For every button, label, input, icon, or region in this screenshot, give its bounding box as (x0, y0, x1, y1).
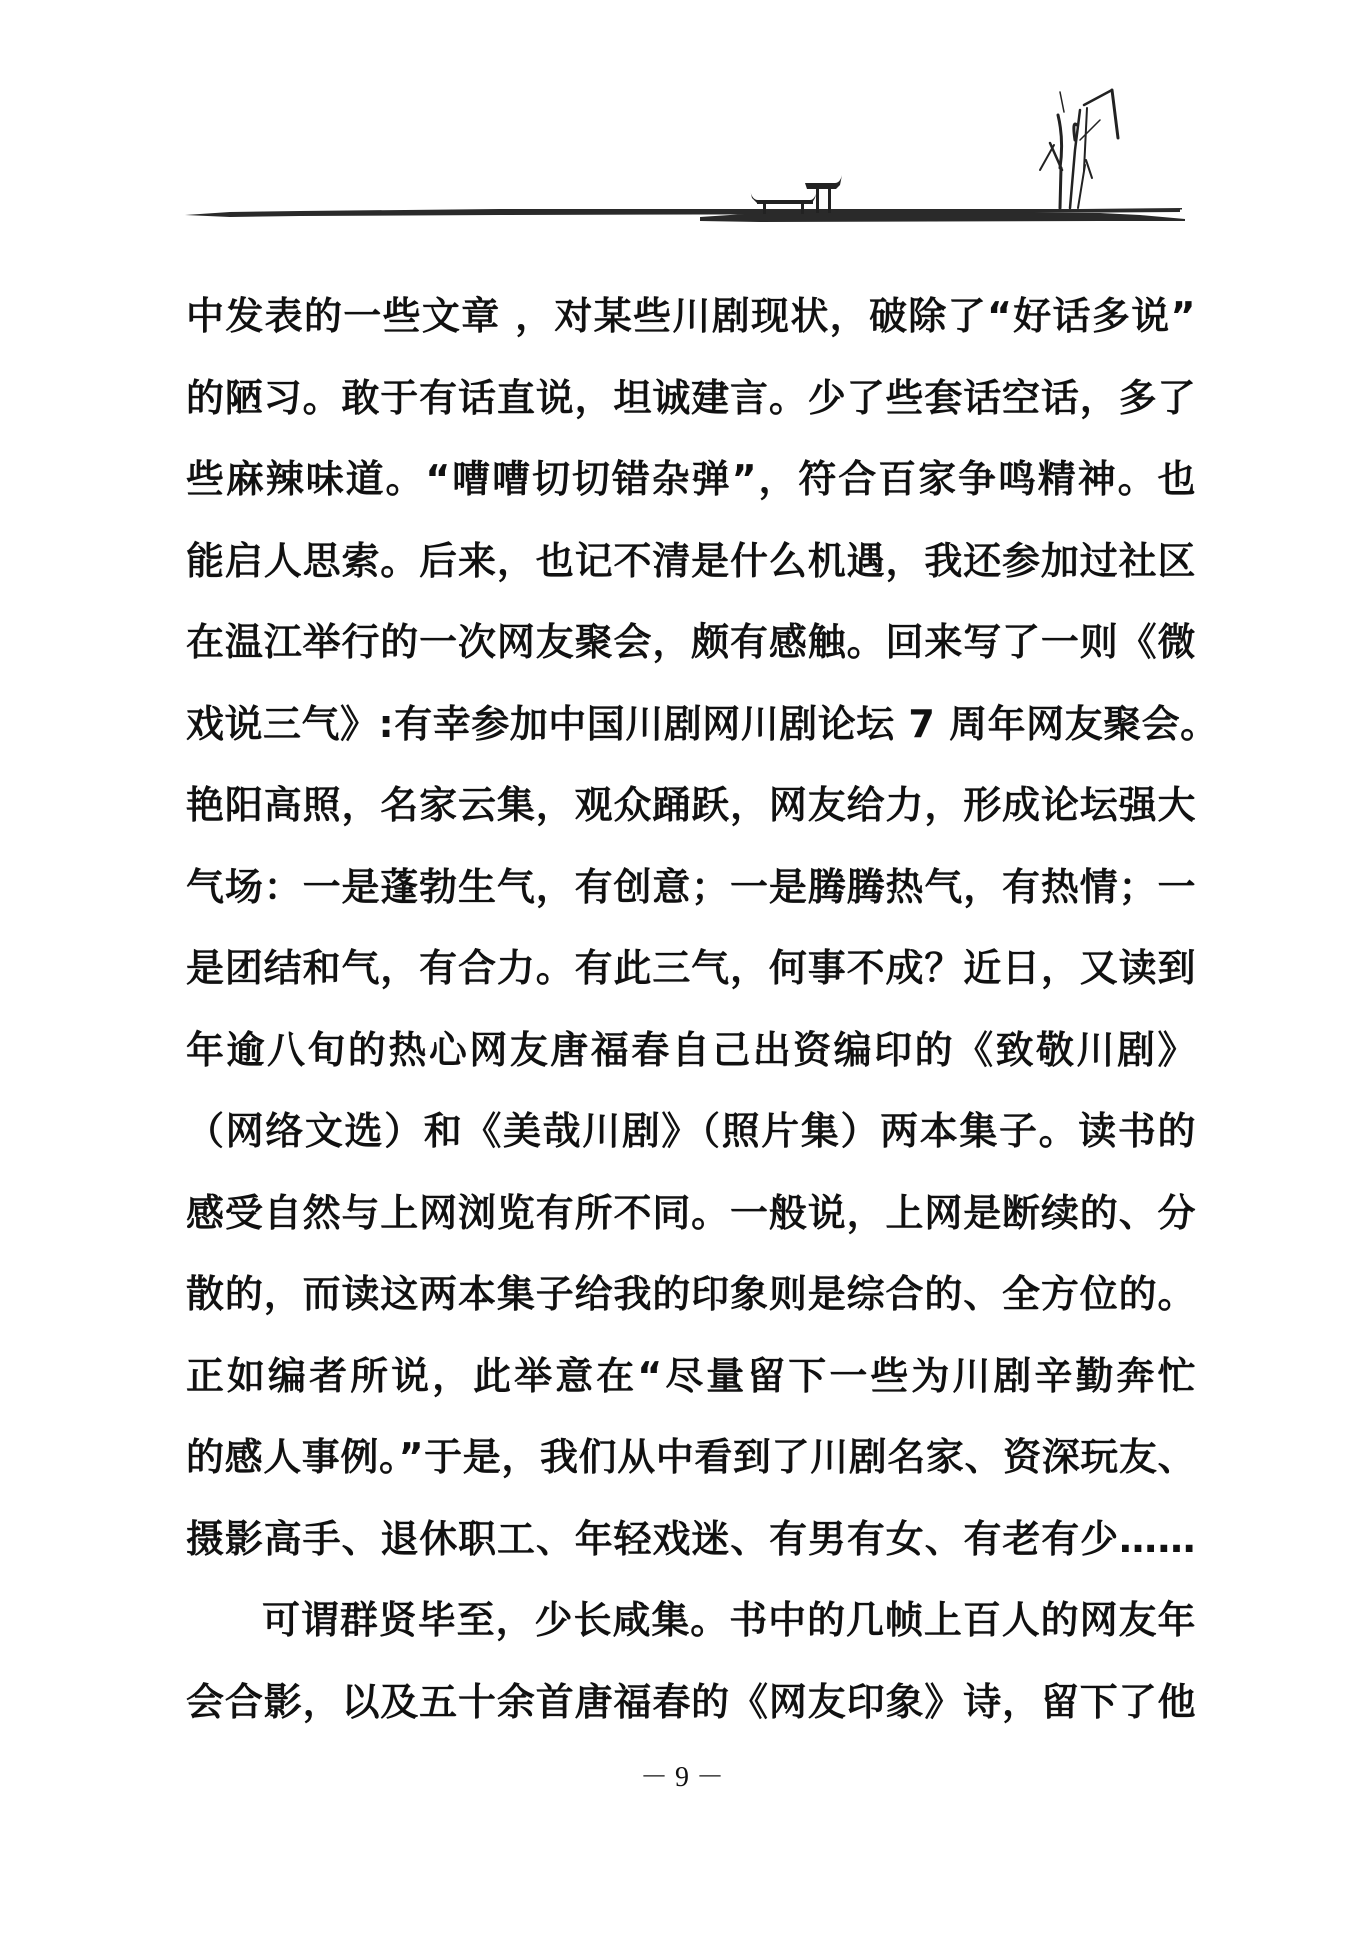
body-paragraphs: 中发表的一些文章 ，对某些川剧现状，破除了“好话多说” 的陋习。敢于有话直说，坦… (186, 276, 1196, 1743)
document-page: 中发表的一些文章 ，对某些川剧现状，破除了“好话多说” 的陋习。敢于有话直说，坦… (0, 0, 1364, 1935)
text-line: 艳阳高照，名家云集，观众踊跃，网友给力，形成论坛强大 (186, 765, 1196, 847)
text-line: 正如编者所说，此举意在“尽量留下一些为川剧辛勤奔忙 (186, 1336, 1196, 1418)
paragraph-first-line: 可谓群贤毕至，少长咸集。书中的几帧上百人的网友年 (186, 1580, 1196, 1662)
text-line: （网络文选）和《美哉川剧》（照片集）两本集子。读书的 (186, 1091, 1196, 1173)
text-line: 能启人思索。后来，也记不清是什么机遇，我还参加过社区 (186, 521, 1196, 603)
text-line: 的陋习。敢于有话直说，坦诚建言。少了些套话空话，多了 (186, 358, 1196, 440)
text-line: 在温江举行的一次网友聚会，颇有感触。回来写了一则《微 (186, 602, 1196, 684)
text-line: 的感人事例。”于是，我们从中看到了川剧名家、资深玩友、 (186, 1417, 1196, 1499)
text-line: 是团结和气，有合力。有此三气，何事不成？近日，又读到 (186, 928, 1196, 1010)
text-line: 散的，而读这两本集子给我的印象则是综合的、全方位的。 (186, 1254, 1196, 1336)
text-line: 感受自然与上网浏览有所不同。一般说，上网是断续的、分 (186, 1173, 1196, 1255)
text-line: 气场：一是蓬勃生气，有创意；一是腾腾热气，有热情；一 (186, 847, 1196, 929)
header-ink-landscape-icon (0, 0, 1364, 240)
page-number: － 9 － (0, 1755, 1364, 1795)
text-line: 会合影，以及五十余首唐福春的《网友印象》诗，留下了他 (186, 1662, 1196, 1744)
text-line: 戏说三气》:有幸参加中国川剧网川剧论坛 7 周年网友聚会。 (186, 684, 1196, 766)
text-line: 摄影高手、退休职工、年轻戏迷、有男有女、有老有少…… (186, 1499, 1196, 1581)
text-line: 年逾八旬的热心网友唐福春自己出资编印的《致敬川剧》 (186, 1010, 1196, 1092)
text-line: 些麻辣味道。“嘈嘈切切错杂弹”，符合百家争鸣精神。也 (186, 439, 1196, 521)
text-line: 中发表的一些文章 ，对某些川剧现状，破除了“好话多说” (186, 276, 1196, 358)
